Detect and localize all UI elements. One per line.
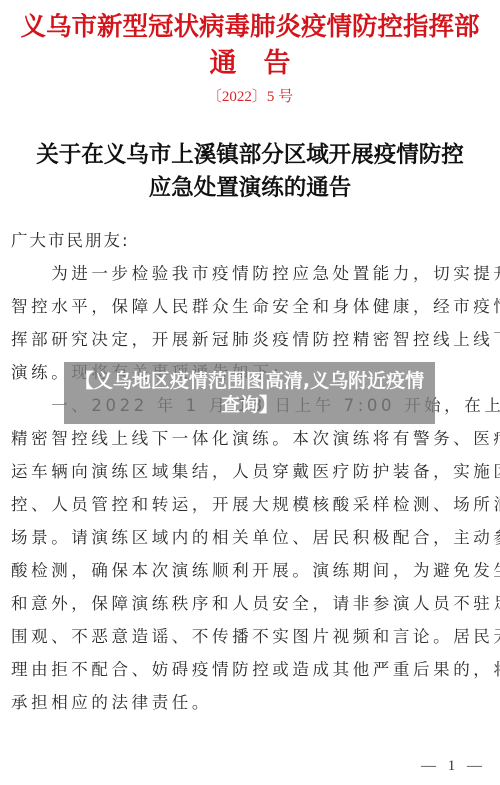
document-title-line-1: 关于在义乌市上溪镇部分区域开展疫情防控	[0, 140, 500, 170]
notice-label: 通 告	[0, 46, 500, 82]
body-line: 精密智控线上线下一体化演练。本次演练将有警务、医疗、转	[11, 422, 489, 455]
salutation: 广大市民朋友:	[11, 224, 130, 257]
title-overlay-banner[interactable]: 【义乌地区疫情范围图高清,义乌附近疫情查询】	[64, 362, 435, 424]
notice-document: 义乌市新型冠状病毒肺炎疫情防控指挥部 通 告 〔2022〕5 号 关于在义乌市上…	[0, 0, 500, 785]
body-line: 理由拒不配合、妨碍疫情防控或造成其他严重后果的，将依法	[11, 653, 489, 686]
issuer-header: 义乌市新型冠状病毒肺炎疫情防控指挥部	[0, 10, 500, 44]
body-line: 承担相应的法律责任。	[11, 686, 489, 719]
overlay-title: 【义乌地区疫情范围图高清,义乌附近疫情查询】	[70, 369, 430, 417]
document-number: 〔2022〕5 号	[0, 86, 500, 108]
body-line: 为进一步检验我市疫情防控应急处置能力，切实提升精密	[11, 257, 489, 290]
body-line: 和意外，保障演练秩序和人员安全，请非参演人员不驻足、不	[11, 587, 489, 620]
document-title-line-2: 应急处置演练的通告	[0, 173, 500, 203]
body-line: 围观、不恶意造谣、不传播不实图片视频和言论。居民无正当	[11, 620, 489, 653]
body-line: 挥部研究决定，开展新冠肺炎疫情防控精密智控线上线下一体化	[11, 323, 489, 356]
body-line: 酸检测，确保本次演练顺利开展。演练期间，为避免发生拥堵	[11, 554, 489, 587]
body-line: 智控水平，保障人民群众生命安全和身体健康，经市疫情防控指	[11, 290, 489, 323]
body-line: 场景。请演练区域内的相关单位、居民积极配合，主动参与核	[11, 521, 489, 554]
body-paragraphs: 为进一步检验我市疫情防控应急处置能力，切实提升精密 智控水平，保障人民群众生命安…	[11, 257, 489, 719]
body-line: 运车辆向演练区域集结，人员穿戴医疗防护装备，实施区域封	[11, 455, 489, 488]
body-line: 控、人员管控和转运，开展大规模核酸采样检测、场所消杀等	[11, 488, 489, 521]
page-number: — 1 —	[421, 758, 486, 775]
